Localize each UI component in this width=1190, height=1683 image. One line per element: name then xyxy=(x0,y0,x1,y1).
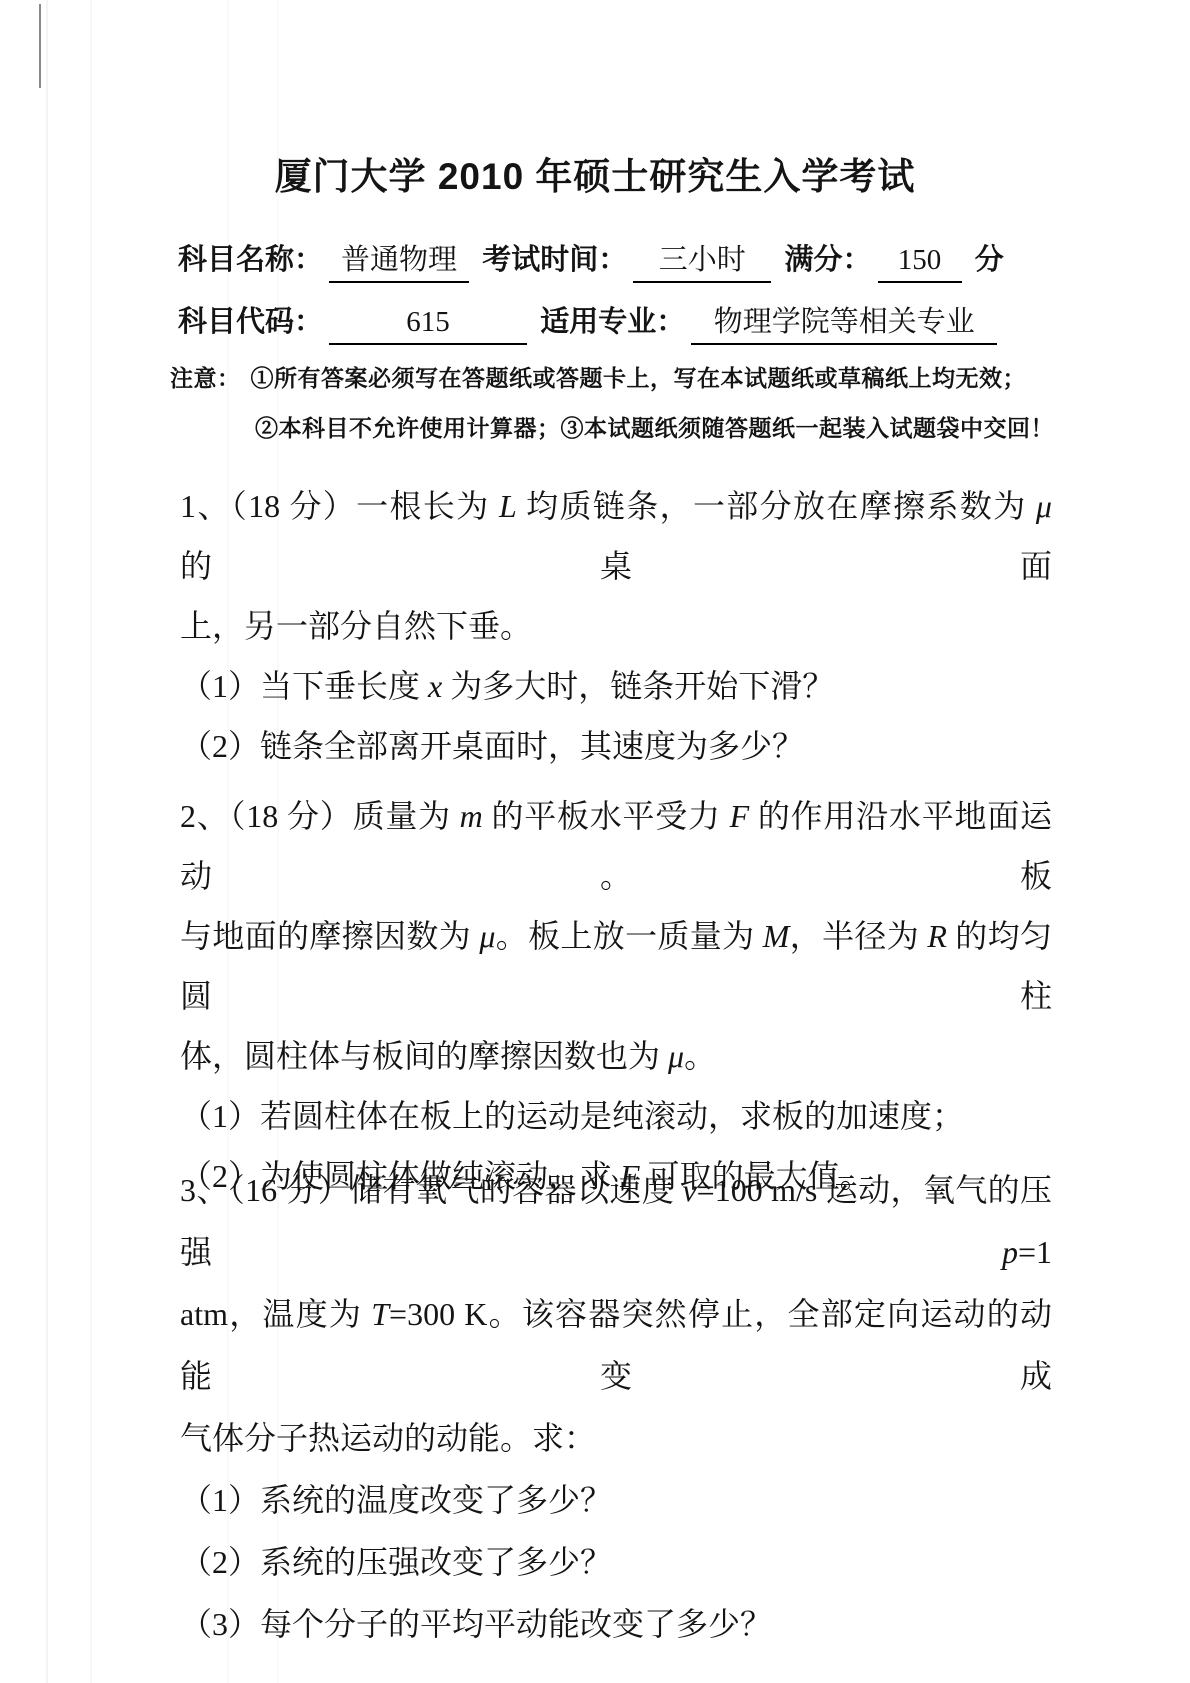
full-score-value: 150 xyxy=(878,240,962,283)
question-text: atm，温度为 xyxy=(180,1296,371,1332)
question-line: （1）系统的温度改变了多少？ xyxy=(180,1469,1052,1531)
math-variable: T xyxy=(371,1296,389,1332)
subject-code-label: 科目代码： xyxy=(178,306,323,338)
subject-name-label: 科目名称： xyxy=(178,244,323,276)
notice-label: 注意： xyxy=(170,365,241,391)
math-variable: p xyxy=(1002,1234,1018,1270)
question-line: （3）每个分子的平均平动能改变了多少？ xyxy=(180,1593,1052,1655)
notice-text-1: ①所有答案必须写在答题纸或答题卡上，写在本试题纸或草稿纸上均无效； xyxy=(251,365,1027,391)
exam-paper-page: 厦门大学 2010 年硕士研究生入学考试 科目名称：普通物理 考试时间：三小时 … xyxy=(0,0,1190,1683)
question-line: （1）当下垂长度 x 为多大时，链条开始下滑？ xyxy=(180,656,1052,716)
question-text: 1、（18 分）一根长为 xyxy=(180,488,499,524)
question-line: 2、（18 分）质量为 m 的平板水平受力 F 的作用沿水平地面运动。板 xyxy=(180,786,1052,906)
applicable-major-value: 物理学院等相关专业 xyxy=(691,302,997,345)
notice-text-2: ②本科目不允许使用计算器；③本试题纸须随答题纸一起装入试题袋中交回！ xyxy=(255,415,1054,441)
question-text: =1 xyxy=(1018,1234,1052,1270)
question-text: （1）当下垂长度 xyxy=(180,668,428,704)
question-text: 上，另一部分自然下垂。 xyxy=(180,608,532,644)
subject-code-value: 615 xyxy=(329,302,527,345)
math-variable: R xyxy=(927,918,947,954)
question-line: 气体分子热运动的动能。求： xyxy=(180,1407,1052,1469)
page-title: 厦门大学 2010 年硕士研究生入学考试 xyxy=(0,146,1190,200)
question-text: （2）链条全部离开桌面时，其速度为多少？ xyxy=(180,728,804,764)
question-line: （1）若圆柱体在板上的运动是纯滚动，求板的加速度； xyxy=(180,1086,1052,1146)
subject-info-row-1: 科目名称：普通物理 考试时间：三小时 满分：150 分 xyxy=(178,240,1004,283)
question-1-block: 1、（18 分）一根长为 L 均质链条，一部分放在摩擦系数为 μ 的桌面上，另一… xyxy=(180,476,1052,776)
question-text: 均质链条，一部分放在摩擦系数为 xyxy=(517,488,1036,524)
math-variable: m xyxy=(460,798,483,834)
math-variable: μ xyxy=(668,1038,684,1074)
question-text: 体，圆柱体与板间的摩擦因数也为 xyxy=(180,1038,668,1074)
math-variable: L xyxy=(499,488,517,524)
exam-time-value: 三小时 xyxy=(633,240,771,283)
scan-artifact-mark xyxy=(39,4,41,88)
question-3-block: 3、（16 分）储有氧气的容器以速度 v=100 m/s 运动，氧气的压强 p=… xyxy=(180,1159,1052,1655)
math-variable: v xyxy=(682,1172,696,1208)
full-score-label: 满分： xyxy=(785,244,872,276)
question-text: 3、（16 分）储有氧气的容器以速度 xyxy=(180,1172,682,1208)
question-line: atm，温度为 T=300 K。该容器突然停止，全部定向运动的动能变成 xyxy=(180,1283,1052,1407)
question-text: （1）若圆柱体在板上的运动是纯滚动，求板的加速度； xyxy=(180,1098,964,1134)
notice-line-1: 注意：①所有答案必须写在答题纸或答题卡上，写在本试题纸或草稿纸上均无效； xyxy=(170,362,1026,394)
question-line: 与地面的摩擦因数为 μ。板上放一质量为 M，半径为 R 的均匀圆柱 xyxy=(180,906,1052,1026)
question-text: 的桌面 xyxy=(180,548,1052,584)
question-text: 气体分子热运动的动能。求： xyxy=(180,1420,596,1456)
question-line: （2）系统的压强改变了多少？ xyxy=(180,1531,1052,1593)
question-text: 与地面的摩擦因数为 xyxy=(180,918,479,954)
math-variable: μ xyxy=(479,918,495,954)
question-text: 。板上放一质量为 xyxy=(495,918,762,954)
question-text: 2、（18 分）质量为 xyxy=(180,798,460,834)
question-2-block: 2、（18 分）质量为 m 的平板水平受力 F 的作用沿水平地面运动。板与地面的… xyxy=(180,786,1052,1206)
scan-artifact-line xyxy=(90,0,92,1683)
question-line: 上，另一部分自然下垂。 xyxy=(180,596,1052,656)
math-variable: μ xyxy=(1036,488,1052,524)
question-text: 的平板水平受力 xyxy=(483,798,730,834)
score-unit-label: 分 xyxy=(975,244,1004,276)
question-text: （2）系统的压强改变了多少？ xyxy=(180,1544,612,1580)
subject-name-value: 普通物理 xyxy=(329,240,469,283)
question-line: 3、（16 分）储有氧气的容器以速度 v=100 m/s 运动，氧气的压强 p=… xyxy=(180,1159,1052,1283)
scan-artifact-line xyxy=(46,0,48,1683)
question-line: 体，圆柱体与板间的摩擦因数也为 μ。 xyxy=(180,1026,1052,1086)
applicable-major-label: 适用专业： xyxy=(540,306,685,338)
exam-time-label: 考试时间： xyxy=(482,244,627,276)
question-text: （3）每个分子的平均平动能改变了多少？ xyxy=(180,1606,772,1642)
question-text: ，半径为 xyxy=(789,918,927,954)
question-text: 为多大时，链条开始下滑？ xyxy=(442,668,834,704)
math-variable: x xyxy=(428,668,442,704)
question-line: （2）链条全部离开桌面时，其速度为多少？ xyxy=(180,716,1052,776)
question-line: 1、（18 分）一根长为 L 均质链条，一部分放在摩擦系数为 μ 的桌面 xyxy=(180,476,1052,596)
subject-info-row-2: 科目代码：615 适用专业：物理学院等相关专业 xyxy=(178,302,1003,345)
math-variable: F xyxy=(730,798,750,834)
notice-line-2: ②本科目不允许使用计算器；③本试题纸须随答题纸一起装入试题袋中交回！ xyxy=(255,412,1054,444)
question-text: 。 xyxy=(684,1038,716,1074)
question-text: （1）系统的温度改变了多少？ xyxy=(180,1482,612,1518)
math-variable: M xyxy=(763,918,790,954)
